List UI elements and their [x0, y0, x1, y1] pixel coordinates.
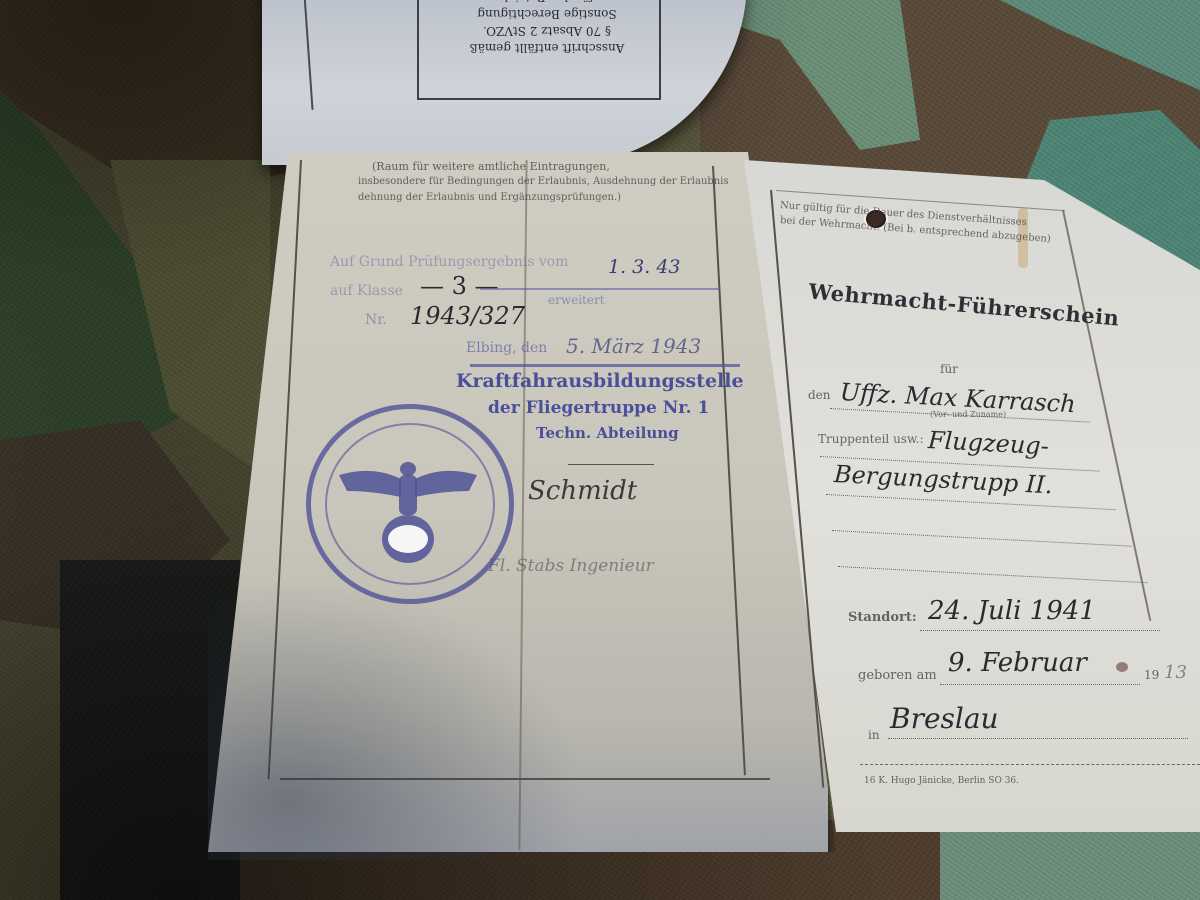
stamp-line-3: Techn. Abteilung [536, 424, 679, 442]
born-label: geboren am [858, 668, 937, 683]
number-label: Nr. [365, 312, 387, 328]
place-value: Breslau [890, 702, 999, 735]
flap-line: Ansschrift entfällt gemäß [447, 39, 647, 56]
signature: Schmidt [528, 476, 637, 506]
flap-border-line [302, 0, 313, 110]
basis-label: Auf Grund Prüfungsergebnis vom [330, 254, 569, 270]
flap-line: Sonstige Berechtigung [447, 5, 647, 22]
signature-rank: Fl. Stabs Ingenieur [488, 556, 654, 576]
standort-line [920, 630, 1160, 631]
born-value: 9. Februar [948, 648, 1087, 678]
name-caption: (Vor- und Zuname) [930, 410, 1006, 419]
stamp-line-1: Kraftfahrausbildungsstelle [456, 370, 744, 392]
eagle-emblem-icon [333, 447, 483, 567]
bottom-rule [860, 764, 1200, 765]
class-label: auf Klasse [330, 283, 403, 299]
number-value: 1943/327 [410, 302, 525, 330]
official-seal [306, 404, 514, 604]
left-header-line-2: insbesondere für Bedingungen der Erlaubn… [358, 176, 729, 187]
name-label: den [808, 388, 831, 402]
class-value: — 3 — [420, 272, 499, 300]
left-header-line-1: (Raum für weitere amtliche Eintragungen, [372, 160, 610, 173]
standort-value: 24. Juli 1941 [928, 596, 1096, 626]
left-page-border-bottom [280, 778, 770, 780]
printer-imprint: 16 K. Hugo Jänicke, Berlin SO 36. [864, 776, 1019, 786]
unit-label: Truppenteil usw.: [818, 432, 924, 446]
born-line [940, 684, 1140, 685]
place-line [888, 738, 1188, 739]
left-header-line-3: dehnung der Erlaubnis und Ergänzungsprüf… [358, 192, 621, 203]
underline [480, 288, 720, 290]
stamp-line-2: der Fliegertruppe Nr. 1 [488, 398, 709, 418]
flap-line: § 70 Absatz 2 StVZO. [447, 22, 647, 39]
place-date-label: Elbing, den [466, 340, 547, 356]
place-date-value: 5. März 1943 [566, 334, 701, 358]
born-year-prefix: 19 [1144, 668, 1159, 682]
signature-line [568, 464, 654, 465]
ink-spot [1116, 662, 1128, 672]
standort-label: Standort: [848, 610, 917, 625]
class-suffix: erweitert [548, 293, 605, 307]
flap-upside-down-text: Ansschrift entfällt gemäß § 70 Absatz 2 … [447, 0, 647, 56]
date-underline [470, 364, 740, 367]
basis-date-value: 1. 3. 43 [608, 256, 681, 278]
fuer-label: für [940, 362, 958, 376]
born-year-value: 13 [1164, 662, 1187, 683]
photo-scene: Ansschrift entfällt gemäß § 70 Absatz 2 … [0, 0, 1200, 900]
place-label: in [868, 728, 880, 742]
